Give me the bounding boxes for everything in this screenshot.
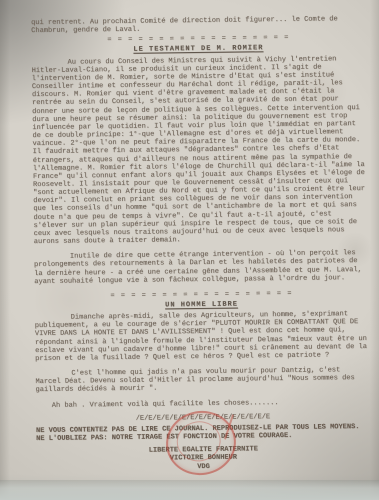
scanned-document-page: qui rentrent. Au prochain Comité de dire… bbox=[0, 0, 379, 500]
slash-divider: /E/E/E/E/E/E/E/E/E/E/E/E/E/E/E/E bbox=[36, 412, 370, 424]
article-title-testament-romier: LE TESTAMENT DE M. ROMIER bbox=[31, 43, 365, 55]
homme-libre-paragraph-2: C'est l'homme qui jadis n'a pas voulu mo… bbox=[35, 366, 369, 395]
article-title-homme-libre: UN HOMME LIBRE bbox=[34, 299, 368, 311]
homme-libre-paragraph-1: Dimanche après-midi, salle des Agriculte… bbox=[35, 310, 370, 363]
carryover-paragraph: qui rentrent. Au prochain Comité de dire… bbox=[31, 15, 365, 35]
paper-bottom-edge bbox=[0, 480, 379, 500]
testament-paragraph-2: Inutile de dire que cette étrange interv… bbox=[34, 249, 368, 286]
reader-appeal: NE VOUS CONTENTEZ PAS DE LIRE CE JOURNAL… bbox=[36, 423, 370, 443]
testament-paragraph-1: Au cours du Conseil des Ministres qui su… bbox=[31, 55, 367, 247]
document-text-block: qui rentrent. Au prochain Comité de dire… bbox=[31, 15, 371, 473]
homme-libre-remark: Ah bah . Vraiment voilà qui facilite les… bbox=[36, 397, 370, 409]
